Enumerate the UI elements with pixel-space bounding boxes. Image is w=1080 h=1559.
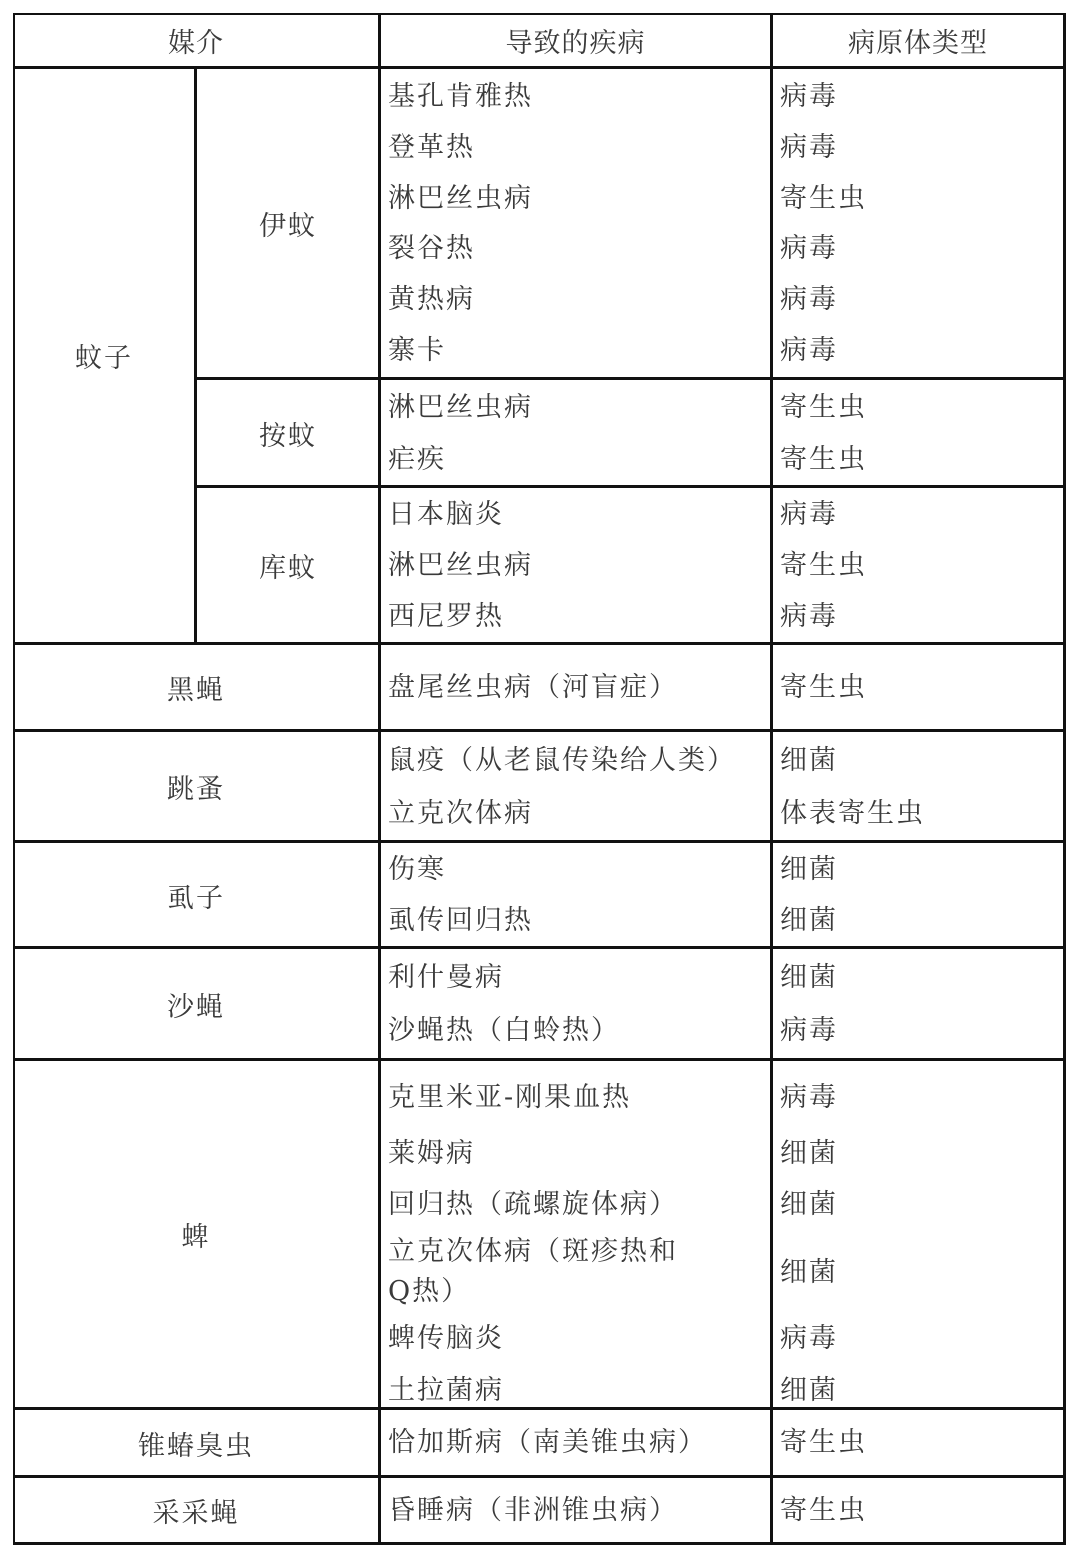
disease-list: 昏睡病（非洲锥虫病）	[380, 1478, 770, 1543]
disease-list: 克里米亚-刚果血热 莱姆病 回归热（疏螺旋体病） 立克次体病（斑疹热和 Q热） …	[388, 1061, 770, 1407]
disease: 登革热	[388, 132, 770, 164]
disease: 伤寒	[388, 854, 770, 886]
subvector-aedes: 伊蚊	[197, 68, 379, 378]
header-disease: 导致的疾病	[380, 13, 771, 67]
disease: 淋巴丝虫病	[388, 550, 770, 582]
pathogen: 病毒	[780, 132, 1064, 164]
pathogen: 病毒	[780, 335, 1064, 367]
pathogen-list: 病毒 病毒 寄生虫 病毒 病毒 病毒	[772, 72, 1064, 376]
pathogen-list: 病毒 细菌 细菌 细菌 病毒 细菌	[780, 1061, 1064, 1407]
disease: 淋巴丝虫病	[388, 392, 770, 424]
disease: 西尼罗热	[388, 601, 770, 633]
disease-list: 基孔肯雅热 登革热 淋巴丝虫病 裂谷热 黄热病 寨卡	[380, 72, 770, 376]
disease: 恰加斯病（南美锥虫病）	[388, 1427, 770, 1459]
subvector-culex: 库蚊	[197, 488, 379, 643]
pathogen: 病毒	[780, 499, 1064, 531]
disease-list: 恰加斯病（南美锥虫病）	[380, 1410, 770, 1476]
disease: 蜱传脑炎	[388, 1316, 504, 1355]
vector-tick: 蜱	[13, 1061, 379, 1408]
pathogen: 细菌	[780, 1250, 838, 1289]
pathogen-list: 病毒 寄生虫 病毒	[772, 490, 1064, 642]
pathogen: 细菌	[780, 1182, 838, 1221]
disease-list: 利什曼病 沙蝇热（白蛉热）	[380, 951, 770, 1058]
disease: Q热）	[388, 1269, 470, 1308]
pathogen: 寄生虫	[780, 444, 1064, 476]
disease: 黄热病	[388, 284, 770, 316]
pathogen: 细菌	[780, 1131, 838, 1170]
pathogen-list: 寄生虫	[772, 645, 1064, 730]
pathogen: 寄生虫	[780, 1495, 1064, 1527]
pathogen: 细菌	[780, 962, 1064, 994]
vector-flea: 跳蚤	[13, 732, 379, 841]
pathogen: 寄生虫	[780, 183, 1064, 215]
pathogen-list: 细菌 细菌	[772, 845, 1064, 946]
vector-mosquito: 蚊子	[13, 68, 195, 643]
pathogen: 细菌	[780, 1368, 838, 1407]
disease-list: 鼠疫（从老鼠传染给人类） 立克次体病	[380, 734, 770, 840]
pathogen: 病毒	[780, 1316, 838, 1355]
disease: 鼠疫（从老鼠传染给人类）	[388, 745, 770, 777]
pathogen-list: 细菌 体表寄生虫	[772, 734, 1064, 840]
pathogen-list: 寄生虫	[772, 1478, 1064, 1543]
disease: 疟疾	[388, 444, 770, 476]
pathogen-list: 寄生虫 寄生虫	[772, 382, 1064, 486]
disease: 回归热（疏螺旋体病）	[388, 1182, 678, 1221]
pathogen-list: 寄生虫	[772, 1410, 1064, 1476]
disease: 盘尾丝虫病（河盲症）	[388, 672, 770, 704]
pathogen: 病毒	[780, 1075, 838, 1114]
pathogen: 细菌	[780, 745, 1064, 777]
disease: 裂谷热	[388, 233, 770, 265]
disease-list: 淋巴丝虫病 疟疾	[380, 382, 770, 486]
disease: 虱传回归热	[388, 905, 770, 937]
vector-sandfly: 沙蝇	[13, 949, 379, 1059]
disease: 立克次体病（斑疹热和	[388, 1229, 678, 1268]
vector-tsetse-fly: 采采蝇	[13, 1478, 379, 1543]
pathogen: 病毒	[780, 81, 1064, 113]
disease-list: 日本脑炎 淋巴丝虫病 西尼罗热	[380, 490, 770, 642]
pathogen: 体表寄生虫	[780, 798, 1064, 830]
pathogen: 病毒	[780, 233, 1064, 265]
disease: 利什曼病	[388, 962, 770, 994]
pathogen: 寄生虫	[780, 550, 1064, 582]
vector-black-fly: 黑蝇	[13, 645, 379, 730]
pathogen: 细菌	[780, 854, 1064, 886]
disease: 莱姆病	[388, 1131, 475, 1170]
disease: 寨卡	[388, 335, 770, 367]
pathogen: 寄生虫	[780, 1427, 1064, 1459]
pathogen: 病毒	[780, 1015, 1064, 1047]
pathogen: 病毒	[780, 601, 1064, 633]
header-pathogen: 病原体类型	[772, 13, 1064, 67]
disease: 克里米亚-刚果血热	[388, 1075, 631, 1114]
pathogen: 细菌	[780, 905, 1064, 937]
disease: 沙蝇热（白蛉热）	[388, 1015, 770, 1047]
disease: 日本脑炎	[388, 499, 770, 531]
pathogen-list: 细菌 病毒	[772, 951, 1064, 1058]
header-vector: 媒介	[13, 13, 379, 67]
vector-triatomine-bug: 锥蝽臭虫	[13, 1410, 379, 1476]
pathogen: 病毒	[780, 284, 1064, 316]
disease-list: 伤寒 虱传回归热	[380, 845, 770, 946]
pathogen: 寄生虫	[780, 392, 1064, 424]
subvector-anopheles: 按蚊	[197, 380, 379, 486]
disease-list: 盘尾丝虫病（河盲症）	[380, 645, 770, 730]
disease: 土拉菌病	[388, 1368, 504, 1407]
disease: 淋巴丝虫病	[388, 183, 770, 215]
disease: 基孔肯雅热	[388, 81, 770, 113]
vector-louse: 虱子	[13, 843, 379, 947]
disease: 昏睡病（非洲锥虫病）	[388, 1495, 770, 1527]
pathogen: 寄生虫	[780, 672, 1064, 704]
disease: 立克次体病	[388, 798, 770, 830]
